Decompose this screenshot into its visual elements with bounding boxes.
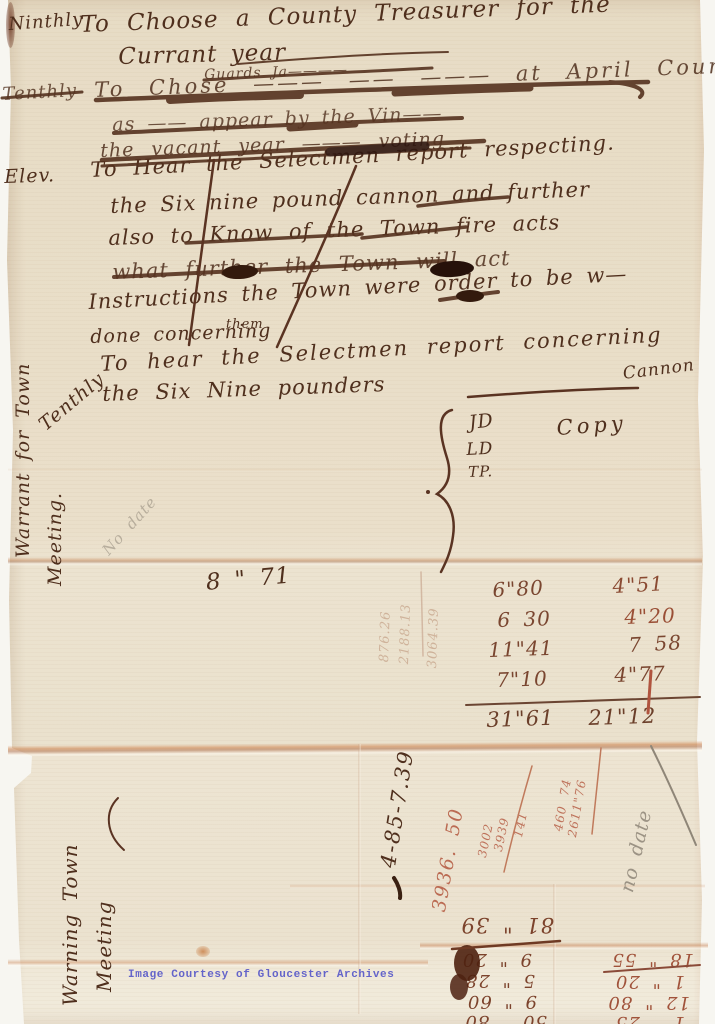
warrant-item-eleventh-label: Elev. — [4, 166, 55, 187]
ledger-right-value-2: 4"20 — [624, 605, 676, 627]
ledger-right-value-4: 4"77 — [614, 663, 666, 685]
faint-rotated-total: 3064.39 — [426, 572, 442, 668]
attestation-initial-1: JD — [468, 411, 495, 432]
inverted-right-1: 18 " 55 — [608, 950, 694, 968]
inverted-left-1: 9 " 20 — [456, 950, 532, 968]
margin-label-warrant-town: Warrant for Town — [14, 346, 33, 558]
copy-label: Copy — [556, 413, 627, 439]
fold-line-3 — [290, 884, 705, 890]
inverted-right-2: 1 " 20 — [615, 972, 685, 990]
faint-rotated-addend-2: 2188.13 — [398, 568, 414, 664]
inverted-right-3: 12 " 80 — [610, 993, 690, 1011]
attestation-initial-3: TP. — [468, 464, 493, 480]
margin-label-warning-town: Warning Town — [60, 794, 80, 1006]
ledger-left-value-2: 6 30 — [497, 608, 551, 630]
ledger-left-total: 31"61 — [486, 708, 555, 731]
attestation-initial-2: LD — [466, 441, 494, 459]
ledger-right-value-3: 7 58 — [628, 632, 683, 655]
warrant-item-tenth-label: Tenthly — [2, 82, 77, 104]
vertical-crease-right — [553, 884, 556, 1024]
inverted-total: 81 " 39 — [456, 914, 554, 935]
archive-caption: Image Courtesy of Gloucester Archives — [128, 969, 394, 981]
margin-label-warrant-meeting: Meeting. — [46, 468, 65, 586]
inverted-right-4: 1 " 25 — [615, 1013, 685, 1024]
inverted-left-3: 9 " 60 — [461, 992, 537, 1010]
faint-rotated-addend-1: 876.26 — [378, 570, 394, 662]
inverted-left-2: 5 " 28 — [459, 971, 535, 989]
fold-line-faint-upper — [8, 468, 702, 473]
ledger-left-value-3: 11"41 — [488, 638, 554, 660]
ledger-right-total: 21"12 — [588, 706, 657, 729]
ledger-left-value-1: 6"80 — [492, 577, 544, 600]
scanned-document-page: Ninthly To Choose a County Treasurer for… — [0, 0, 715, 1024]
inverted-left-4: 50 " 80 — [461, 1012, 547, 1024]
small-stain — [196, 946, 210, 957]
warrant-item-ninth-label: Ninthly — [8, 11, 84, 34]
ledger-left-value-4: 7"10 — [496, 668, 548, 690]
margin-label-warning-meeting: Meeting — [94, 862, 114, 992]
ledger-right-value-1: 4"51 — [612, 573, 664, 596]
